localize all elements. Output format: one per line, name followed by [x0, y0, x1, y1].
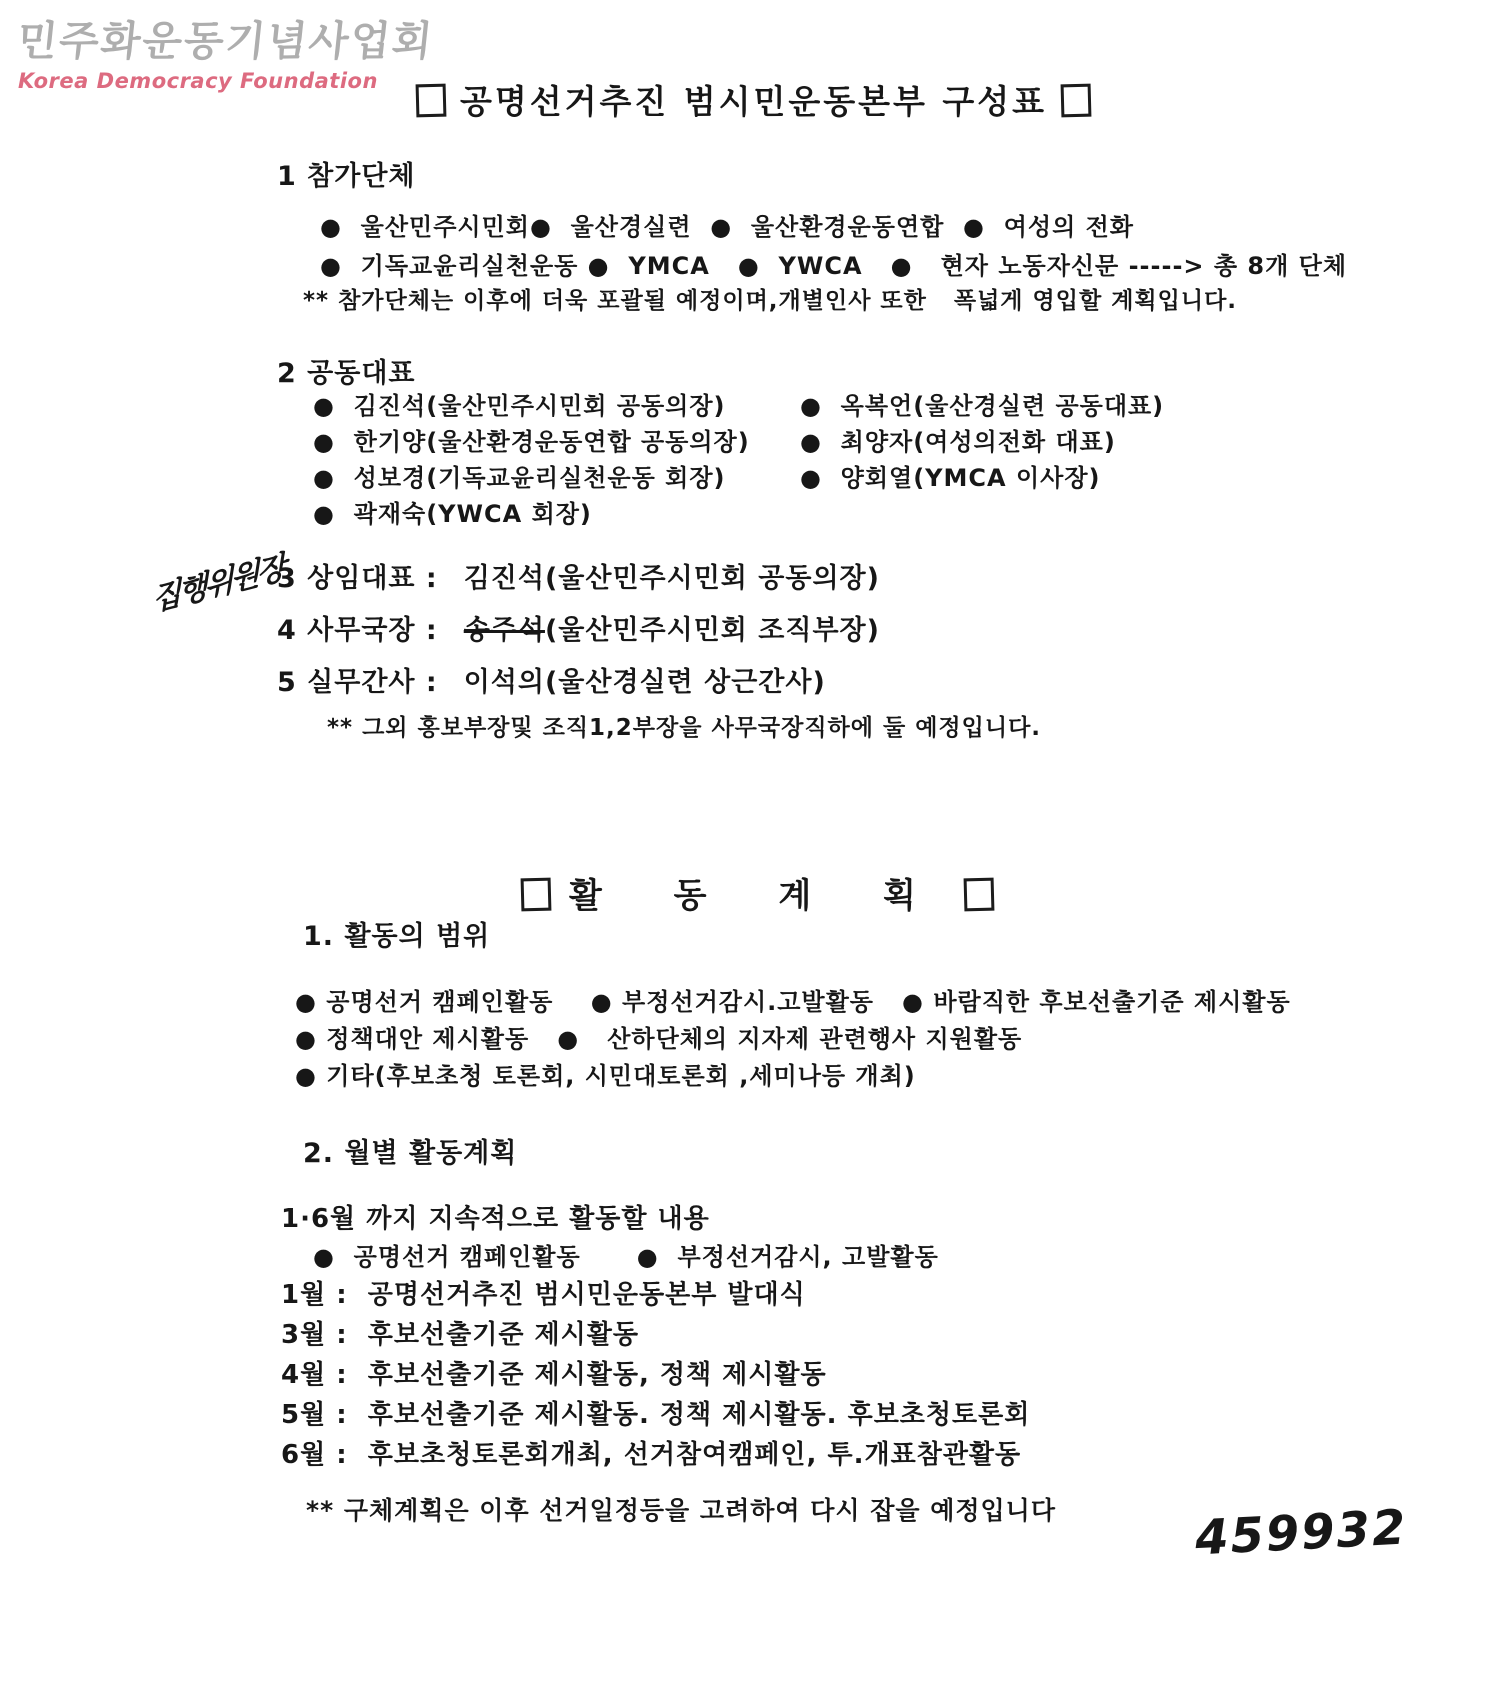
- close-box-icon: [1061, 84, 1092, 118]
- scope-row-3: ● 기타(후보초청 토론회, 시민대토론회 ,세미나등 개최): [295, 1056, 916, 1091]
- handwritten-archive-number: 459932: [1194, 1499, 1409, 1566]
- month-plan-row: 1월 : 공명선거추진 범시민운동본부 발대식: [281, 1274, 806, 1311]
- open-box-icon: [521, 878, 552, 912]
- month-plan-row: 3월 : 후보선출기준 제시활동: [281, 1314, 639, 1351]
- working-staff-label: 5 실무간사 :: [277, 667, 438, 698]
- standing-rep-value: 김진석(울산민주시민회 공동의장): [464, 563, 880, 594]
- co-rep-item: ● 옥복언(울산경실련 공동대표): [800, 386, 1164, 421]
- activity-plan-title-text: 활 동 계 획: [569, 876, 946, 916]
- participants-row-1: ● 울산민주시민회● 울산경실련 ● 울산환경운동연합 ● 여성의 전화: [320, 207, 1134, 242]
- open-box-icon: [416, 84, 447, 118]
- plan-note: ** 구체계획은 이후 선거일정등을 고려하여 다시 잡을 예정입니다: [306, 1491, 1056, 1527]
- co-rep-item: ● 곽재숙(YWCA 회장): [313, 494, 592, 529]
- working-staff-value: 이석의(울산경실련 상근간사): [464, 667, 826, 698]
- logo: 민주화운동기념사업회 Korea Democracy Foundation: [18, 8, 434, 93]
- document-title: 공명선거추진 범시민운동본부 구성표: [402, 76, 1105, 123]
- participants-row-2: ● 기독교윤리실천운동 ● YMCA ● YWCA ● 현자 노동자신문 ---…: [320, 246, 1347, 281]
- standing-rep-label: 3 상임대표 :: [277, 563, 438, 594]
- activity-plan-title: 활 동 계 획: [521, 868, 994, 917]
- month-plan-row: 6월 : 후보초청토론회개최, 선거참여캠페인, 투.개표참관활동: [281, 1434, 1021, 1471]
- organization-note: ** 그외 홍보부장및 조직1,2부장을 사무국장직하에 둘 예정입니다.: [327, 709, 1041, 742]
- scope-row-1: ● 공명선거 캠페인활동 ● 부정선거감시.고발활동 ● 바람직한 후보선출기준…: [295, 982, 1291, 1017]
- co-rep-item: ● 성보경(기독교윤리실천운동 회장): [313, 458, 726, 493]
- scanned-document-page: 민주화운동기념사업회 Korea Democracy Foundation 공명…: [0, 0, 1489, 1695]
- scope-row-2: ● 정책대안 제시활동 ● 산하단체의 지자제 관련행사 지원활동: [295, 1019, 1022, 1054]
- secretary-general-affiliation: (울산민주시민회 조직부장): [545, 615, 880, 646]
- logo-english-name: Korea Democracy Foundation: [18, 69, 434, 93]
- standing-representative-line: 3 상임대표 :김진석(울산민주시민회 공동의장): [277, 556, 880, 595]
- document-title-text: 공명선거추진 범시민운동본부 구성표: [460, 82, 1047, 121]
- ongoing-activities-items: ● 공명선거 캠페인활동 ● 부정선거감시, 고발활동: [313, 1237, 939, 1272]
- month-plan-row: 4월 : 후보선출기준 제시활동, 정책 제시활동: [281, 1354, 827, 1391]
- co-rep-item: ● 한기양(울산환경운동연합 공동의장): [313, 422, 750, 457]
- co-rep-item: ● 최양자(여성의전화 대표): [800, 422, 1116, 457]
- secretary-general-line: 4 사무국장 :송주석(울산민주시민회 조직부장): [277, 608, 880, 647]
- secretary-general-name-struck: 송주석: [464, 615, 545, 646]
- month-plan-row: 5월 : 후보선출기준 제시활동. 정책 제시활동. 후보초청토론회: [281, 1394, 1030, 1431]
- co-rep-item: ● 양회열(YMCA 이사장): [800, 458, 1101, 493]
- monthly-plan-heading: 2. 월별 활동계획: [303, 1131, 517, 1170]
- logo-korean-calligraphy: 민주화운동기념사업회: [15, 8, 437, 67]
- co-rep-item: ● 김진석(울산민주시민회 공동의장): [313, 386, 726, 421]
- ongoing-activities-heading: 1·6월 까지 지속적으로 활동할 내용: [281, 1198, 710, 1235]
- working-staff-line: 5 실무간사 :이석의(울산경실련 상근간사): [277, 660, 826, 699]
- co-representatives-heading: 2 공동대표: [277, 351, 416, 390]
- close-box-icon: [963, 878, 994, 912]
- handwritten-margin-annotation: 집행위원장: [150, 541, 284, 619]
- scope-heading: 1. 활동의 범위: [303, 914, 490, 953]
- participants-heading: 1 참가단체: [277, 154, 416, 193]
- participants-note: ** 참가단체는 이후에 더욱 포괄될 예정이며,개별인사 또한 폭넓게 영입할…: [303, 282, 1237, 315]
- secretary-general-label: 4 사무국장 :: [277, 615, 438, 646]
